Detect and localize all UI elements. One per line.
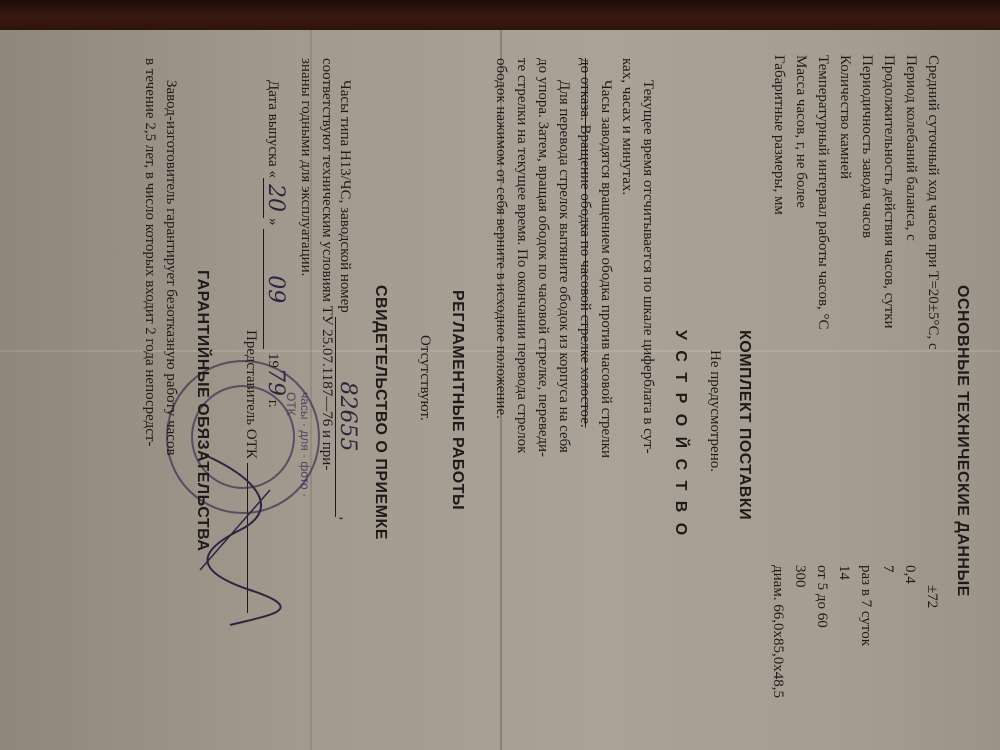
- spec-label: Продолжительность действия часов, сутки: [881, 55, 896, 329]
- device-line: до отказа. Вращение ободка по часовой ст…: [577, 58, 592, 428]
- spec-value: 7: [879, 565, 896, 573]
- serial-number: 82655: [335, 382, 360, 452]
- document-sheet: ОСНОВНЫЕ ТЕХНИЧЕСКИЕ ДАННЫЕ Средний суто…: [0, 30, 1000, 750]
- rotated-page: ОСНОВНЫЕ ТЕХНИЧЕСКИЕ ДАННЫЕ Средний суто…: [0, 30, 1000, 750]
- spec-label: Периодичность завода часов: [859, 55, 874, 238]
- device-title: У С Т Р О Й С Т В О: [672, 330, 688, 538]
- warranty-line: Завод-изготовитель гарантирует безотказн…: [163, 80, 178, 456]
- specs-title: ОСНОВНЫЕ ТЕХНИЧЕСКИЕ ДАННЫЕ: [954, 285, 970, 597]
- maintenance-title: РЕГЛАМЕНТНЫЕ РАБОТЫ: [449, 290, 465, 510]
- kit-title: КОМПЛЕКТ ПОСТАВКИ: [736, 330, 752, 520]
- spec-label: Количество камней: [837, 55, 852, 179]
- device-line: те стрелки на текущее время. По окончани…: [514, 58, 529, 453]
- acceptance-line1: Часы типа Н13/ЧС, заводской номер: [337, 80, 353, 313]
- spec-label: Средний суточный ход часов при Т=20±5°С,…: [925, 55, 940, 350]
- date-month: 09: [263, 229, 286, 349]
- device-line: Часы заводятся вращением ободка против ч…: [598, 80, 613, 458]
- spec-value: диам. 66,0х85,0х48,5: [769, 565, 786, 698]
- warranty-title: ГАРАНТИЙНЫЕ ОБЯЗАТЕЛЬСТВА: [194, 270, 210, 551]
- acceptance-title: СВИДЕТЕЛЬСТВО О ПРИЕМКЕ: [372, 285, 388, 540]
- spec-label: Масса часов, г, не более: [793, 55, 808, 208]
- device-line: ках, часах и минутах.: [619, 58, 634, 195]
- wooden-table-background: [0, 0, 1000, 32]
- date-label: Дата выпуска: [265, 80, 281, 167]
- acceptance-line: знаны годными для эксплуатации.: [298, 58, 313, 276]
- spec-value: ±72: [923, 585, 940, 608]
- date-day: 20: [263, 178, 286, 218]
- serial-field: 82655: [335, 317, 358, 517]
- spec-label: Габаритные размеры, мм: [771, 55, 786, 215]
- spec-value: 300: [791, 565, 808, 588]
- warranty-line: в течение 2,5 лет, в число которых входи…: [142, 58, 157, 446]
- spec-value: 0,4: [901, 565, 918, 584]
- spec-label: Период колебаний баланса, с: [903, 55, 918, 241]
- kit-text: Не предусмотрено.: [707, 350, 722, 472]
- spec-value: от 5 до 60: [813, 565, 830, 628]
- acceptance-line: Часы типа Н13/ЧС, заводской номер 82655,: [335, 80, 358, 520]
- device-line: до упора. Затем, вращая ободок по часово…: [535, 58, 550, 457]
- maintenance-text: Отсутствуют.: [417, 335, 432, 421]
- device-line: Текущее время отсчитывается по шкале циф…: [640, 80, 655, 454]
- spec-label: Температурный интервал работы часов, °С: [815, 55, 830, 330]
- spec-value: 14: [835, 565, 852, 580]
- acceptance-line: соответствуют техническим условиям ТУ 25…: [319, 58, 334, 470]
- release-date: Дата выпуска «20» 09 1979 г.: [263, 80, 286, 408]
- device-line: ободок нажимом от себя верните в исходно…: [493, 58, 508, 419]
- device-line: Для перевода стрелок вытяните ободок из …: [556, 80, 571, 453]
- spec-value: раз в 7 суток: [857, 565, 874, 646]
